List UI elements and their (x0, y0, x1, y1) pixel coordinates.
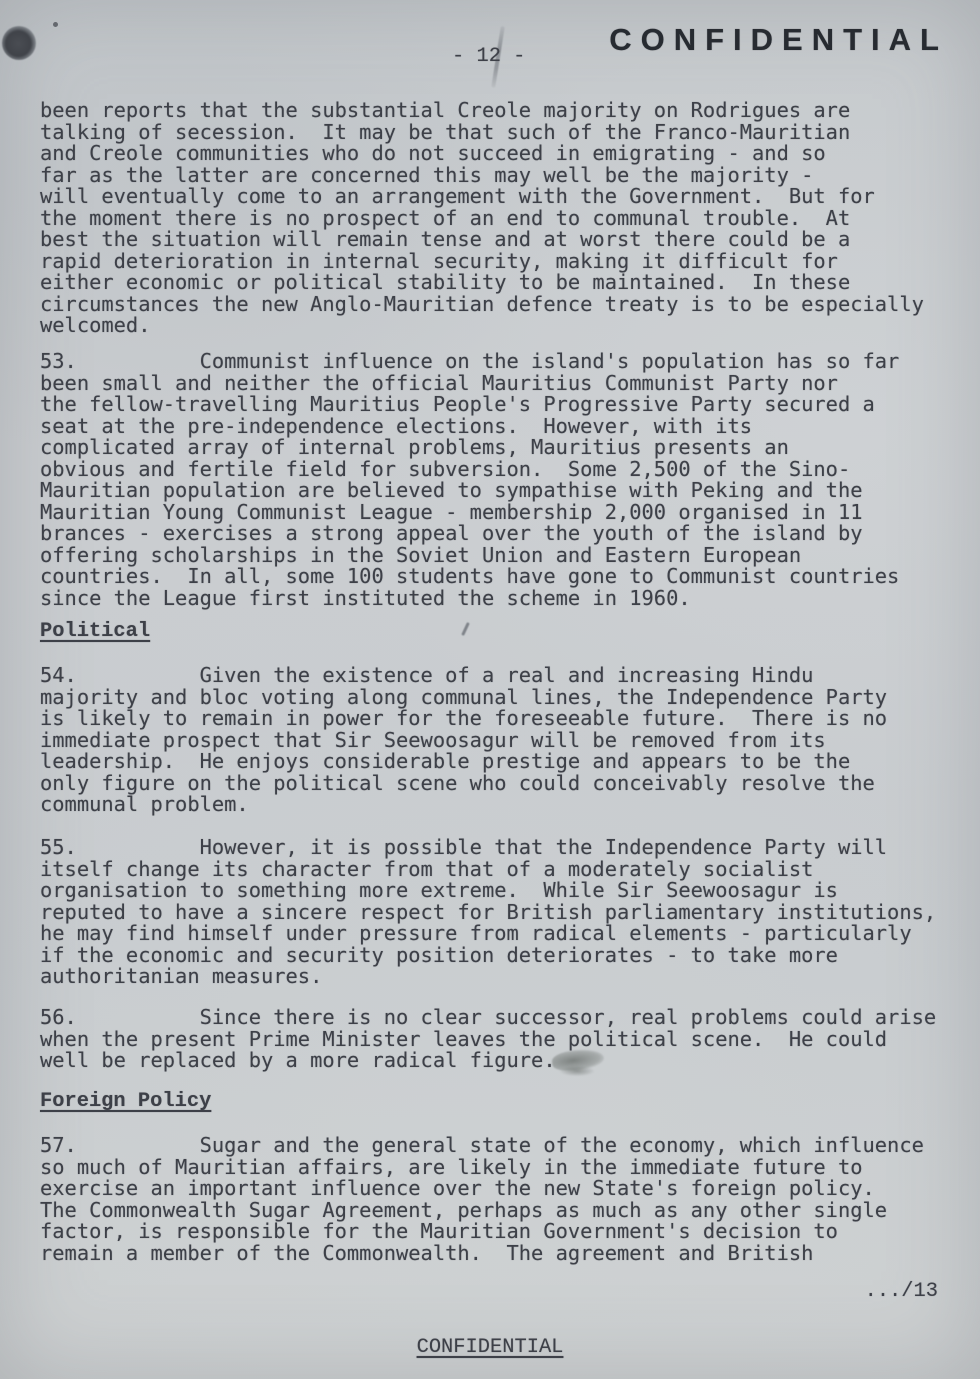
intro-paragraph: been reports that the substantial Creole… (40, 100, 924, 337)
page-number: - 12 - (452, 46, 525, 68)
section-heading-foreign-policy: Foreign Policy (40, 1091, 211, 1113)
hole-punch-mark (2, 26, 36, 60)
paragraph-56: 56. Since there is no clear successor, r… (40, 1007, 936, 1072)
paragraph-55: 55. However, it is possible that the Ind… (40, 837, 936, 988)
paragraph-53: 53. Communist influence on the island's … (40, 351, 899, 609)
paragraph-54: 54. Given the existence of a real and in… (40, 665, 887, 816)
scanned-document-page: CONFIDENTIAL - 12 - been reports that th… (0, 0, 980, 1379)
continuation-mark: .../13 (0, 1281, 938, 1303)
paragraph-57: 57. Sugar and the general state of the e… (40, 1135, 924, 1264)
classification-stamp-top: CONFIDENTIAL (609, 22, 948, 58)
pencil-tick-mark (461, 622, 470, 636)
ink-speck (53, 22, 58, 27)
classification-stamp-bottom: CONFIDENTIAL (0, 1337, 980, 1359)
section-heading-political: Political (40, 621, 150, 643)
